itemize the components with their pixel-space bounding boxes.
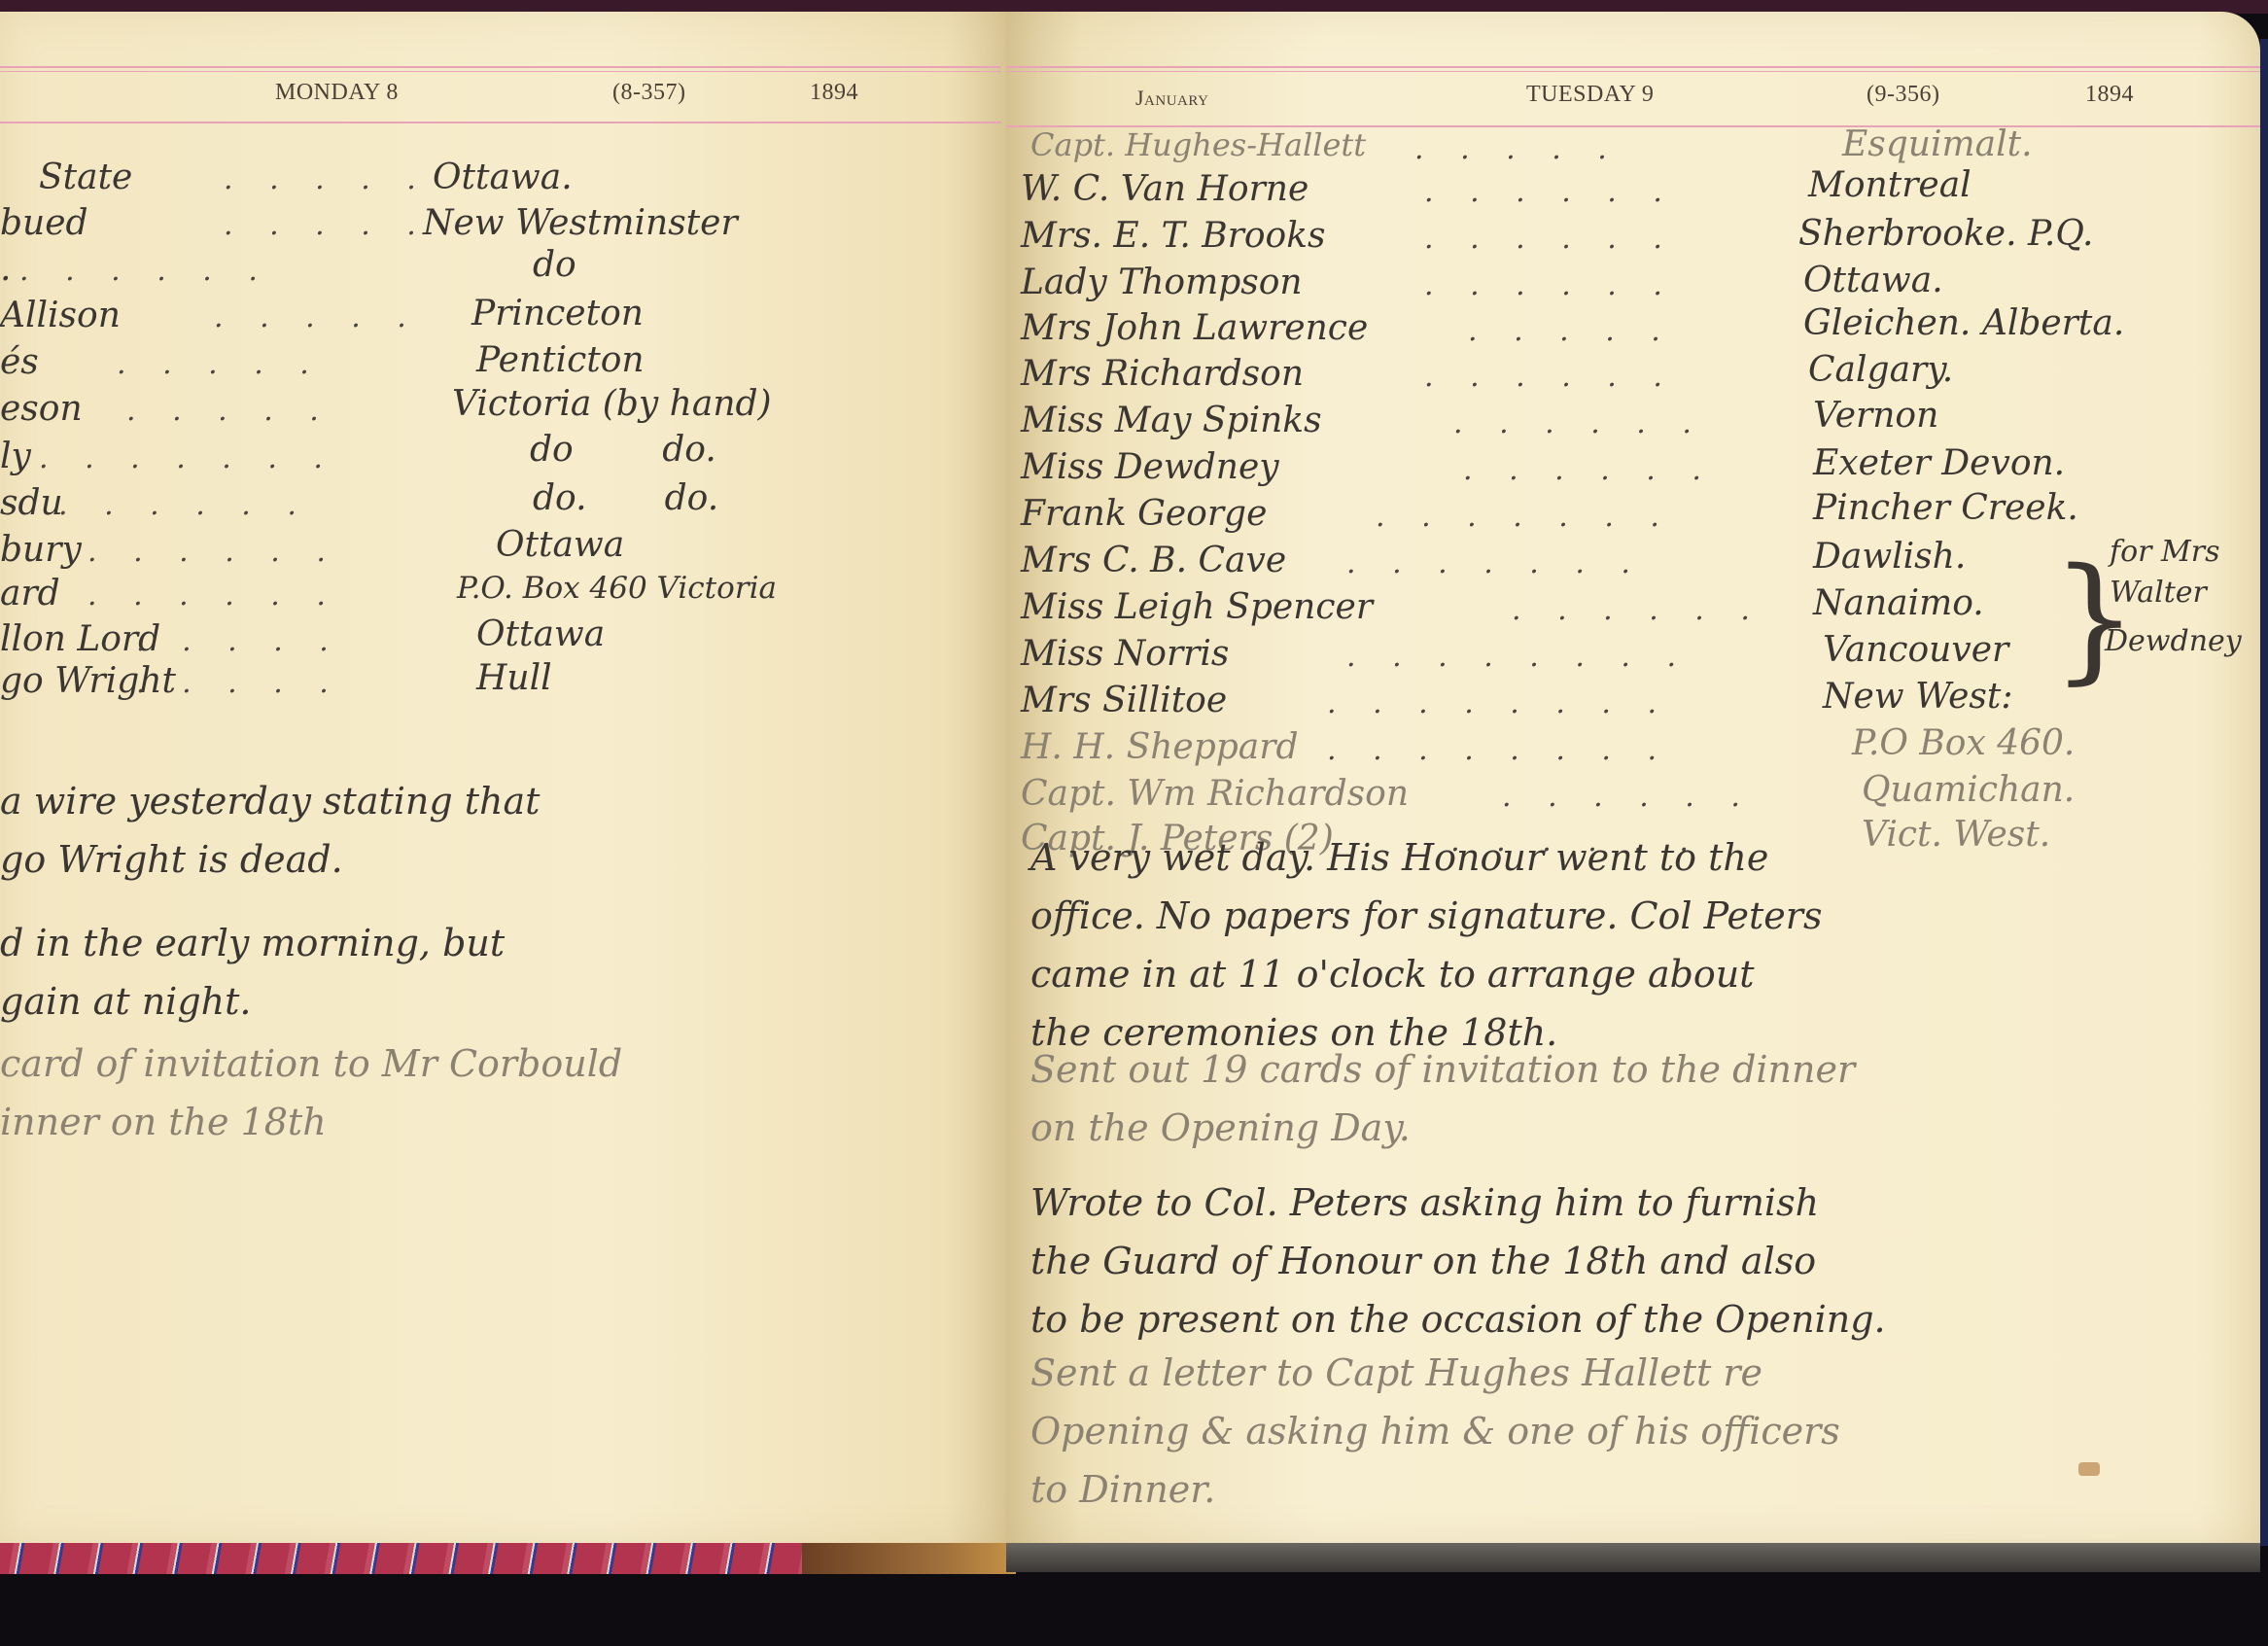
header-rule-top: [0, 66, 1001, 68]
entry-place: do do.: [530, 430, 716, 470]
entry-name: Mrs John Lawrence: [1021, 308, 1368, 348]
entry-dots: . . . . . . . .: [1327, 733, 1670, 767]
entry-dots: . . . . . . . .: [1327, 686, 1670, 720]
header-rule-top-2: [0, 71, 1001, 72]
book-cover-right-edge: [2260, 39, 2268, 1546]
entry-place: Sherbrooke. P.Q.: [1798, 214, 2094, 254]
entry-dots: . . . . .: [126, 394, 332, 428]
entry-dots: . . . . . .: [1424, 175, 1676, 209]
entry-place: Ottawa.: [433, 158, 573, 197]
entry-name: és: [0, 342, 39, 382]
entry-dots: . . . . .: [136, 666, 342, 700]
entry-place: New Westminster: [423, 203, 738, 243]
entry-dots: . . . . . . . .: [1346, 640, 1690, 674]
entry-place: P.O Box 460.: [1852, 723, 2075, 763]
entry-dots: . . . . . .: [1502, 780, 1754, 814]
diary-paragraph: Wrote to Col. Peters asking him to furni…: [1030, 1173, 1886, 1348]
diary-paragraph: d in the early morning, but gain at nigh…: [0, 914, 505, 1031]
entry-place: Victoria (by hand): [452, 384, 772, 424]
entry-name: Mrs. E. T. Brooks: [1021, 216, 1326, 256]
entry-place: Esquimalt.: [1842, 124, 2033, 164]
paper-stain: [2078, 1462, 2100, 1476]
entry-dots: . . . . .: [1468, 314, 1674, 348]
entry-place: Ottawa: [496, 525, 624, 565]
entry-dots: . . . . . .: [1463, 453, 1715, 487]
entry-name: Allison: [0, 296, 121, 335]
entry-dots: . . . . . .: [1453, 406, 1705, 440]
entry-name: H. H. Sheppard: [1021, 727, 1299, 767]
diary-paragraph: a wire yesterday stating that go Wright …: [0, 772, 540, 889]
header-rule-bottom: [0, 122, 1001, 123]
entry-dots: . . . . . .: [1424, 360, 1676, 394]
diary-paragraph: Sent out 19 cards of invitation to the d…: [1030, 1040, 1855, 1157]
right-month-label: January: [1135, 86, 1208, 111]
entry-place: Dawlish.: [1813, 537, 1966, 577]
diary-paragraph: A very wet day. His Honour went to the o…: [1030, 828, 1822, 1062]
entry-dots: . . . . .: [214, 300, 420, 334]
entry-dots: . . . . . .: [1512, 593, 1763, 627]
entry-place: do: [533, 245, 576, 285]
entry-place: Pincher Creek.: [1813, 488, 2078, 528]
entry-dots: . . . . .: [224, 208, 430, 242]
diary-paragraph: card of invitation to Mr Corbould inner …: [0, 1034, 622, 1151]
entry-name: Mrs Richardson: [1021, 354, 1304, 394]
entry-dots: . . . . . .: [1424, 268, 1676, 302]
entry-place: Calgary.: [1808, 350, 1953, 390]
entry-dots: . . . . .: [136, 624, 342, 658]
entry-place: Ottawa.: [1803, 261, 1943, 300]
entry-name: ard: [0, 574, 60, 613]
marbled-page-edge: [0, 1543, 802, 1574]
entry-dots: . . . . . . .: [1376, 500, 1673, 534]
entry-name: ly: [0, 437, 31, 476]
entry-dots: . . . . .: [117, 347, 323, 381]
entry-place: Vernon: [1813, 396, 1938, 436]
left-day-count: (8-357): [612, 80, 685, 106]
entry-place: Penticton: [476, 340, 645, 380]
page-bottom-shadow: [1006, 1543, 2260, 1572]
right-page: January TUESDAY 9 (9-356) 1894 Capt. Hug…: [1006, 12, 2260, 1543]
entry-name: Miss Leigh Spencer: [1021, 587, 1373, 627]
entry-name: W. C. Van Horne: [1021, 169, 1308, 209]
entry-dots: . . . . . . .: [1346, 546, 1644, 580]
entry-place: Nanaimo.: [1813, 583, 1984, 623]
entry-place: Quamichan.: [1862, 770, 2075, 810]
entry-name: bued: [0, 203, 88, 243]
entry-place: Princeton: [471, 294, 644, 333]
brace-icon: }: [2051, 551, 2138, 687]
entry-name: Frank George: [1021, 494, 1267, 534]
entry-dots: . . . . .: [1414, 132, 1621, 166]
entry-name: Capt. Hughes-Hallett: [1030, 126, 1366, 163]
entry-name: sdu: [0, 483, 63, 523]
right-day-count: (9-356): [1867, 82, 1939, 108]
header-rule-top: [1006, 66, 2260, 68]
right-year: 1894: [2085, 82, 2134, 108]
entry-dots: . . . . . .: [87, 535, 339, 569]
side-note-line: Dewdney: [2105, 624, 2242, 658]
entry-name: Mrs Sillitoe: [1021, 681, 1227, 720]
entry-name: Miss May Spinks: [1021, 401, 1322, 440]
entry-name: Miss Norris: [1021, 634, 1229, 674]
left-year: 1894: [810, 80, 858, 106]
entry-place: P.O. Box 460 Victoria: [457, 571, 777, 606]
entry-dots: . . . . . .: [1424, 222, 1676, 256]
entry-name: State: [39, 158, 132, 197]
entry-place: Hull: [476, 658, 552, 698]
entry-place: Montreal: [1808, 165, 1971, 205]
entry-place: New West:: [1823, 677, 2013, 717]
side-note-line: for Mrs: [2110, 535, 2220, 569]
leather-corner: [802, 1543, 1016, 1574]
left-day-label: MONDAY 8: [275, 80, 399, 106]
diary-paragraph: Sent a letter to Capt Hughes Hallett re …: [1030, 1344, 1840, 1519]
entry-name: .: [0, 249, 11, 289]
entry-place: do. do.: [533, 478, 718, 518]
entry-dots: . . . . . . .: [39, 441, 336, 475]
entry-dots: . . . . . .: [87, 578, 339, 613]
entry-name: eson: [0, 389, 83, 429]
header-rule-top-2: [1006, 71, 2260, 72]
right-day-label: TUESDAY 9: [1526, 82, 1654, 108]
entry-dots: . . . . . .: [19, 254, 271, 288]
entry-name: Lady Thompson: [1021, 263, 1303, 302]
left-page: MONDAY 8 (8-357) 1894 State . . . . . Ot…: [0, 12, 1006, 1543]
entry-place: Vancouver: [1823, 630, 2008, 670]
entry-name: Miss Dewdney: [1021, 447, 1279, 487]
entry-dots: . . . . . .: [58, 488, 310, 522]
entry-place: Vict. West.: [1862, 815, 2050, 855]
entry-place: Ottawa: [476, 614, 605, 654]
side-note-line: Walter: [2110, 576, 2207, 610]
entry-dots: . . . . .: [224, 162, 430, 196]
entry-place: Gleichen. Alberta.: [1803, 303, 2124, 343]
entry-name: bury: [0, 530, 82, 570]
entry-name: Mrs C. B. Cave: [1021, 541, 1286, 580]
entry-place: Exeter Devon.: [1813, 443, 2065, 483]
entry-name: Capt. Wm Richardson: [1021, 774, 1409, 814]
